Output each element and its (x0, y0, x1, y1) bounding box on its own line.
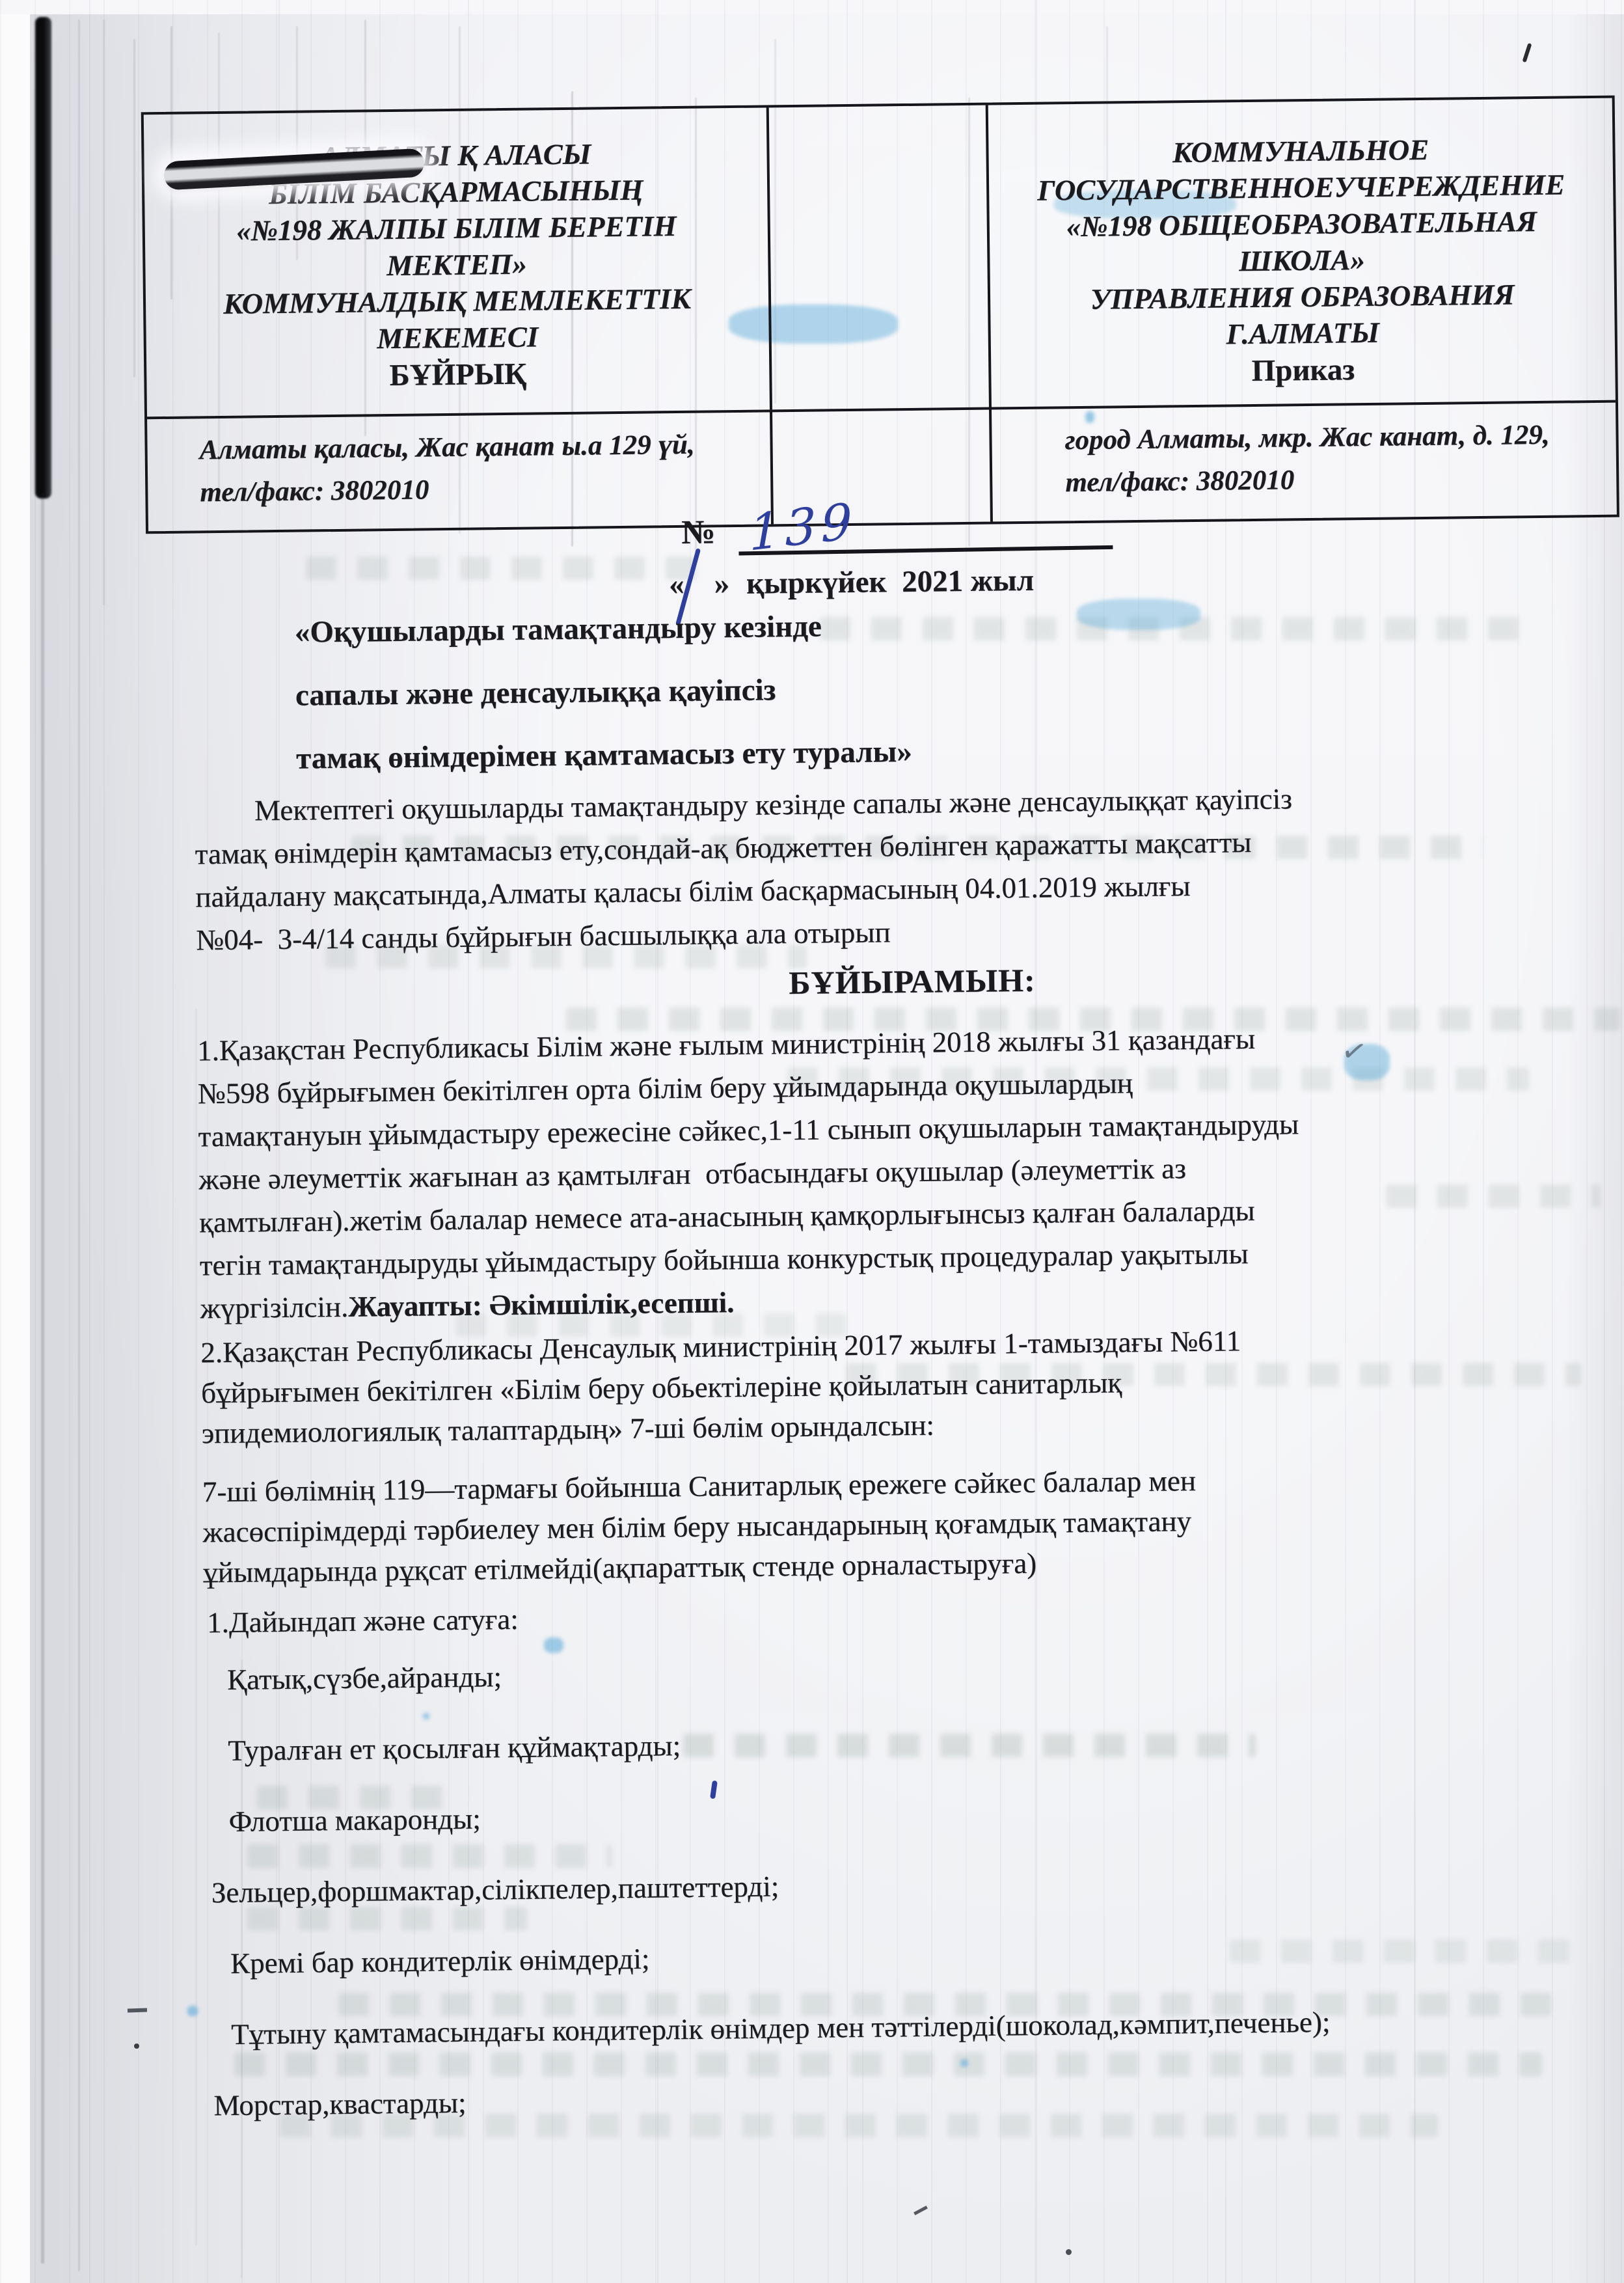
order-item-1: 1.Қазақстан Республикасы Білім және ғылы… (197, 1015, 1502, 1330)
banned-item: Кремі бар кондитерлік өнімдерді; (230, 1934, 1330, 1980)
banned-item: Тұтыну қамтамасындағы кондитерлік өнімде… (231, 2005, 1331, 2051)
org-name-kk: АЛМАТЫ Қ АЛАСЫ БІЛІМ БАСҚАРМАСЫНЫҢ «№198… (144, 107, 769, 359)
resolution-heading: БҰЙЫРАМЫН: (196, 954, 1624, 1008)
banned-item: Қатық,сүзбе,айранды; (227, 1650, 1327, 1697)
prepare-sell-heading: 1.Дайындап және сатуға: (207, 1602, 519, 1639)
banned-item: Зельцер,форшмактар,сілікпелер,паштеттерд… (211, 1863, 1329, 1909)
banned-item: Морстар,квастарды; (213, 2076, 1331, 2122)
order-item-1-text: 1.Қазақстан Республикасы Білім және ғылы… (197, 1022, 1299, 1324)
day-gap (684, 594, 714, 594)
middle-spacer-cell (769, 105, 992, 410)
responsible-bold: Жауапты: Әкімшілік,есепші. (348, 1286, 735, 1323)
order-item-2: 2.Қазақстан Республикасы Денсаулық минис… (200, 1318, 1503, 1454)
page-edge-shadow (41, 493, 44, 2263)
org-cell-russian: КОММУНАЛЬНОЕ ГОСУДАРСТВЕННОЕУЧЕРЕЖДЕНИЕ … (988, 98, 1616, 407)
intro-paragraph: Мектептегі оқушыларды тамақтандыру кезін… (195, 775, 1498, 962)
address-kk: Алматы қаласы, Жас қанат ы.а 129 үй, тел… (147, 409, 774, 531)
org-cell-kazakh: АЛМАТЫ Қ АЛАСЫ БІЛІМ БАСҚАРМАСЫНЫҢ «№198… (144, 107, 772, 417)
order-word-ru: Приказ (991, 348, 1616, 393)
org-name-ru: КОММУНАЛЬНОЕ ГОСУДАРСТВЕННОЕУЧЕРЕЖДЕНИЕ … (988, 98, 1615, 355)
order-word-kk: БҰЙРЫҚ (146, 352, 770, 397)
banned-item: Туралған ет қосылған құймақтарды; (228, 1721, 1327, 1768)
page-edge-shadow (35, 17, 51, 499)
order-number-label: № (681, 513, 716, 552)
section7-paragraph: 7-ші бөлімнің 119—тармағы бойынша Санита… (202, 1457, 1504, 1593)
banned-products-list: Қатық,сүзбе,айранды; Туралған ет қосылға… (227, 1650, 1332, 2159)
banned-item: Флотша макаронды; (228, 1792, 1328, 1839)
document-title: «Оқушыларды тамақтандыру кезінде сапалы … (294, 594, 912, 791)
scanned-order-page: ✓ АЛМАТЫ Қ АЛАСЫ БІЛІМ БАСҚАРМАСЫНЫҢ «№1… (0, 0, 1624, 2283)
address-ru: город Алматы, мкр. Жас канат, д. 129, те… (992, 400, 1617, 522)
